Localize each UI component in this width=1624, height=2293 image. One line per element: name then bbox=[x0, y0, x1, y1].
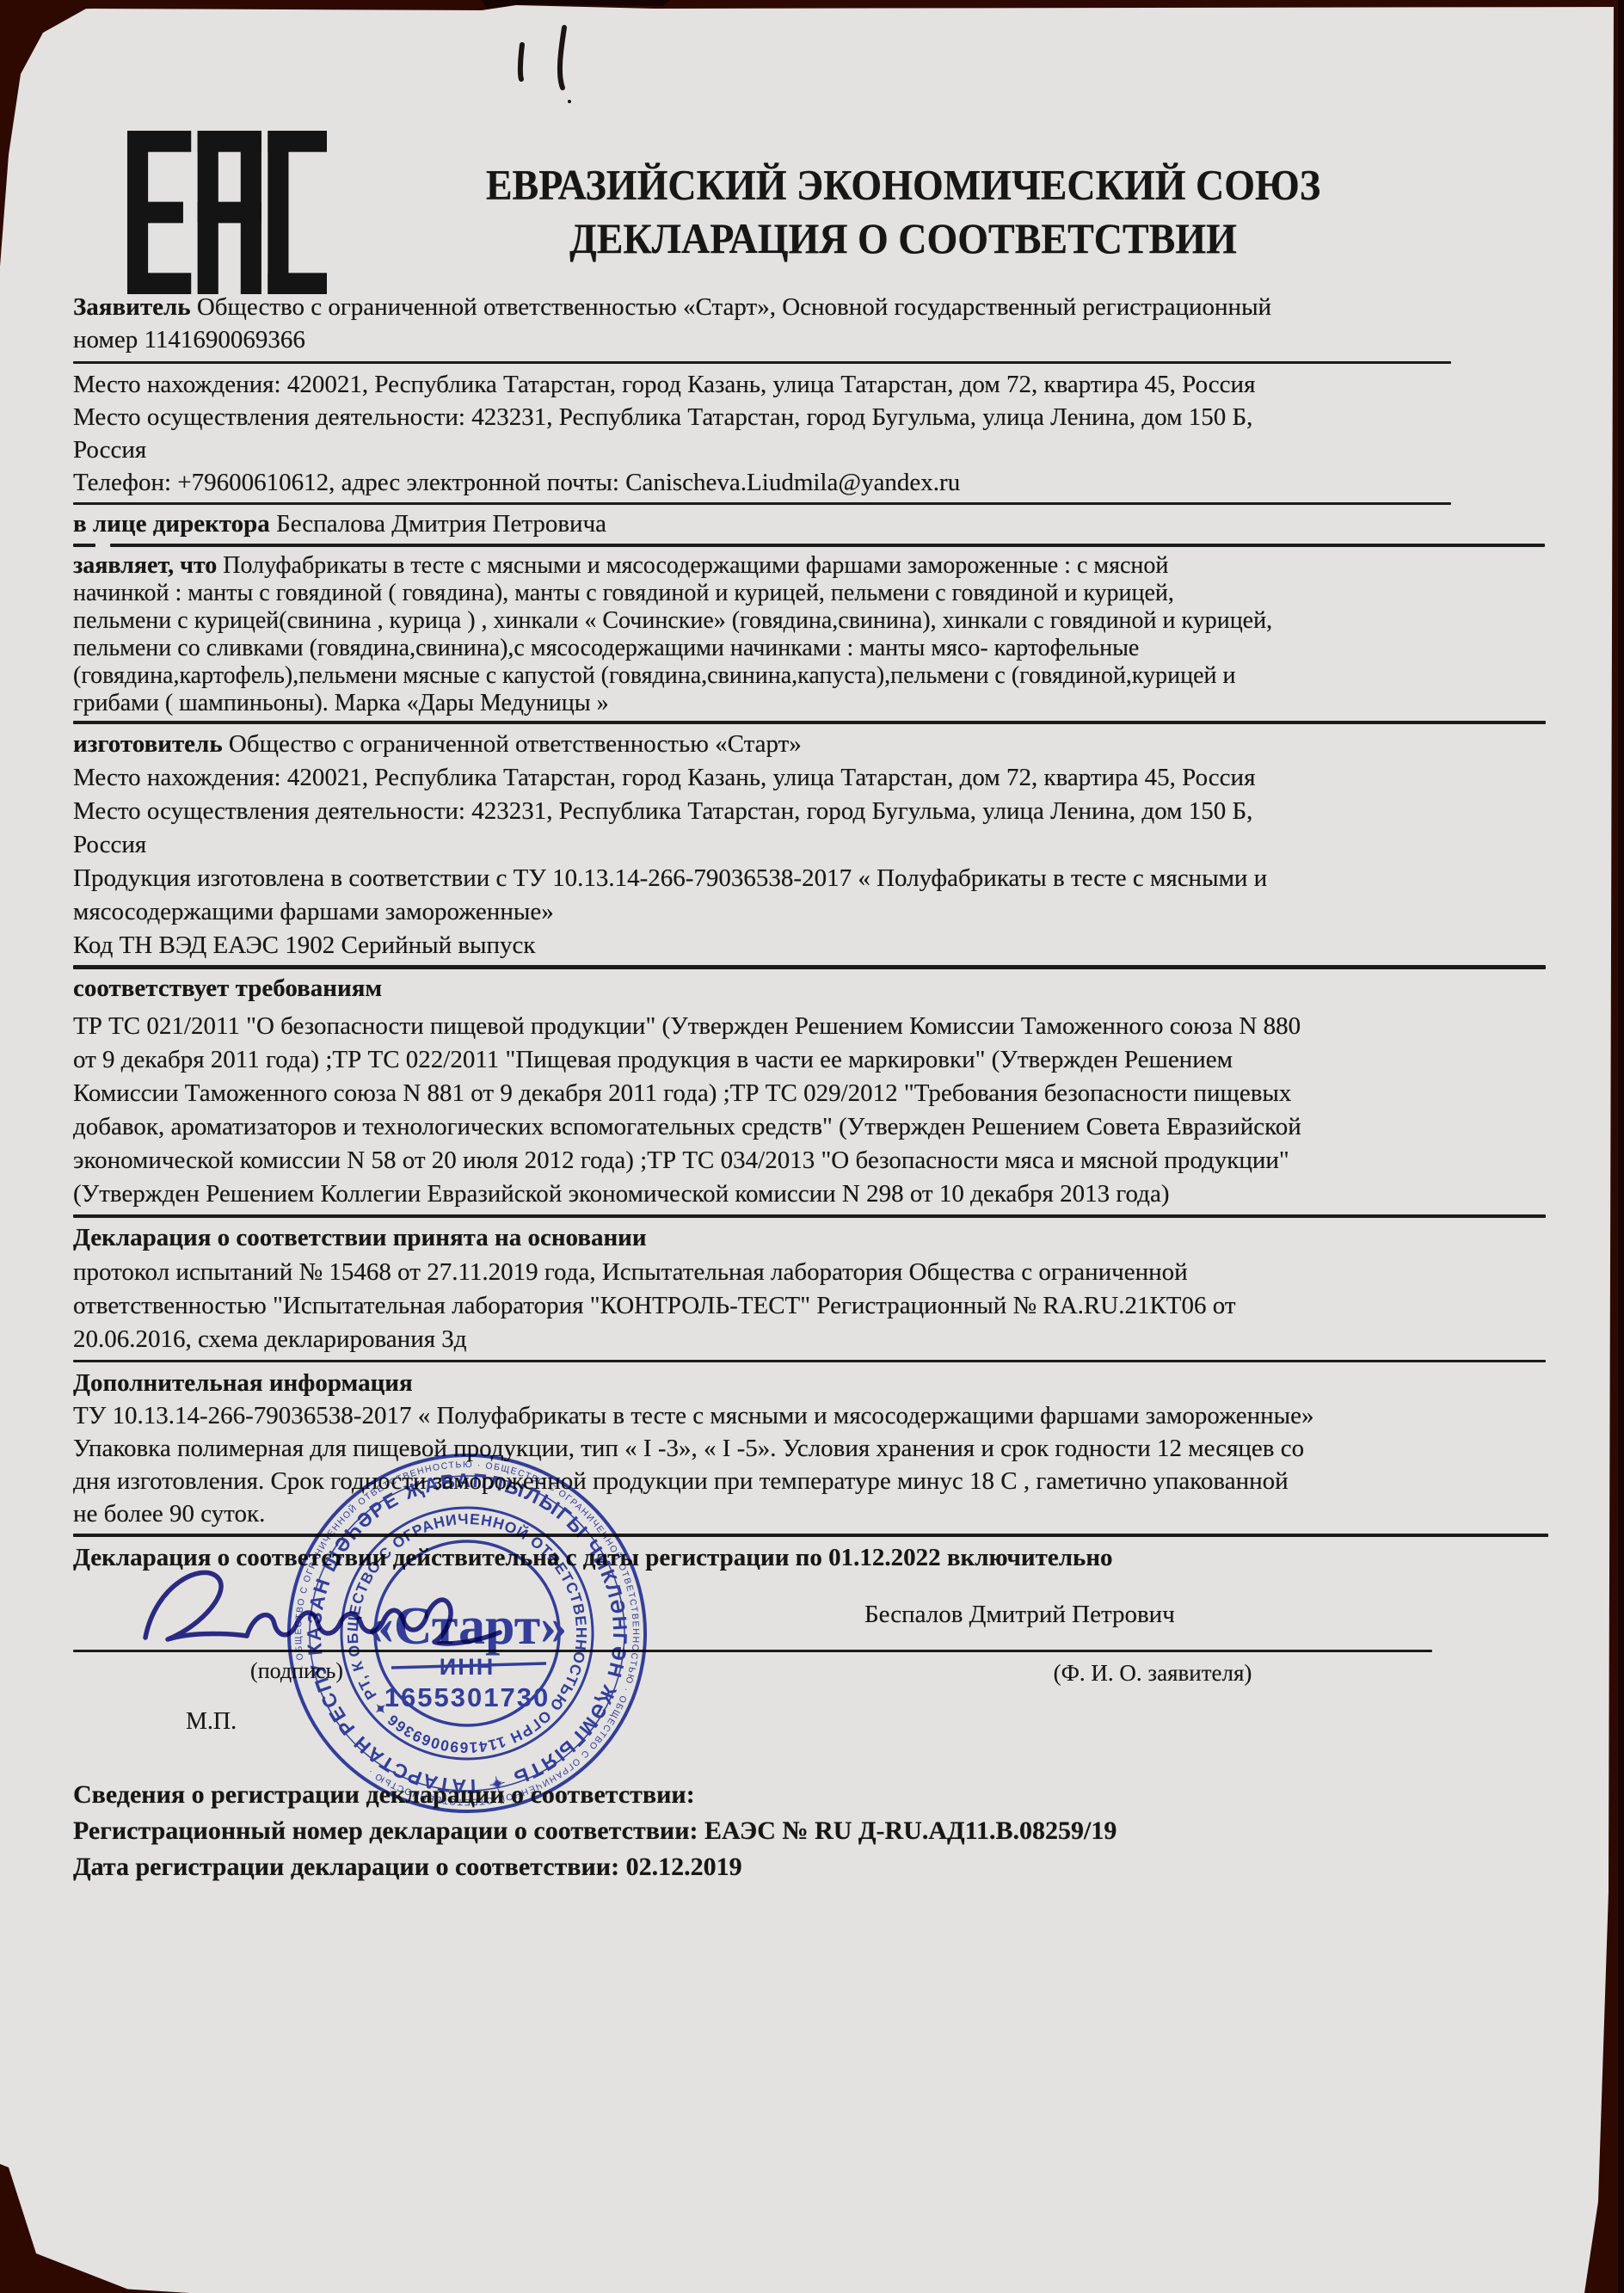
document-title: ЕВРАЗИЙСКИЙ ЭКОНОМИЧЕСКИЙ СОЮЗ ДЕКЛАРАЦИ… bbox=[258, 158, 1548, 266]
applicant-paragraph: Заявитель Общество с ограниченной ответс… bbox=[73, 291, 1546, 356]
rule-under-basis bbox=[73, 1360, 1546, 1362]
manufacturer-location: Место нахождения: 420021, Республика Тат… bbox=[73, 761, 1546, 795]
rule-under-compliance bbox=[73, 1214, 1546, 1218]
applicant-address-block: Место нахождения: 420021, Республика Тат… bbox=[73, 368, 1546, 499]
applicant-contacts: Телефон: +79600610612, адрес электронной… bbox=[73, 466, 1546, 499]
stamp-inn-label: ИНН bbox=[440, 1654, 495, 1680]
registration-block: Сведения о регистрации декларации о соот… bbox=[73, 1777, 1546, 1884]
product-paragraph: заявляет, что Полуфабрикаты в тесте с мя… bbox=[73, 552, 1546, 717]
product-text: Полуфабрикаты в тесте с мясными и мясосо… bbox=[73, 552, 1272, 716]
manufacturer-name: Общество с ограниченной ответственностью… bbox=[229, 730, 802, 758]
rule-under-product bbox=[73, 721, 1546, 724]
title-line-declaration: ДЕКЛАРАЦИЯ О СООТВЕТСТВИИ bbox=[258, 212, 1548, 267]
rule-dash-director bbox=[73, 544, 95, 547]
applicant-text: Общество с ограниченной ответственностью… bbox=[73, 293, 1271, 353]
director-label: в лице директора bbox=[73, 510, 270, 538]
applicant-full-name: Беспалов Дмитрий Петрович bbox=[864, 1598, 1518, 1631]
stamp-company-name: «Старт» bbox=[367, 1597, 567, 1656]
compliance-text: ТР ТС 021/2011 "О безопасности пищевой п… bbox=[73, 1010, 1546, 1211]
registration-heading: Сведения о регистрации декларации о соот… bbox=[73, 1777, 1546, 1812]
registration-number-line: Регистрационный номер декларации о соотв… bbox=[73, 1813, 1546, 1848]
applicant-activity-location: Место осуществления деятельности: 423231… bbox=[73, 401, 1546, 466]
rule-under-manufacturer bbox=[73, 965, 1546, 969]
tnved-code-line: Код ТН ВЭД ЕАЭС 1902 Серийный выпуск bbox=[73, 929, 1546, 962]
name-caption: (Ф. И. О. заявителя) bbox=[989, 1660, 1316, 1687]
stamp-inn-value: 1655301730 bbox=[384, 1682, 550, 1712]
rule-under-director bbox=[110, 544, 1545, 547]
company-round-stamp: · ОБЩЕСТВО С ОГРАНИЧЕННОЙ ОТВЕТСТВЕННОСТ… bbox=[284, 1450, 650, 1817]
manufacturer-line: изготовитель Общество с ограниченной отв… bbox=[73, 728, 1546, 761]
basis-text: протокол испытаний № 15468 от 27.11.2019… bbox=[73, 1256, 1546, 1356]
declaration-document: ЕВРАЗИЙСКИЙ ЭКОНОМИЧЕСКИЙ СОЮЗ ДЕКЛАРАЦИ… bbox=[0, 0, 1624, 2293]
manufacturer-activity-location: Место осуществления деятельности: 423231… bbox=[73, 795, 1546, 862]
pen-strokes bbox=[499, 17, 602, 112]
applicant-location: Место нахождения: 420021, Республика Тат… bbox=[73, 368, 1546, 401]
rule-under-applicant bbox=[73, 361, 1451, 364]
manufacturer-tu: Продукция изготовлена в соответствии с Т… bbox=[73, 862, 1546, 929]
compliance-heading: соответствует требованиям bbox=[73, 972, 1546, 1005]
director-line: в лице директора Беспалова Дмитрия Петро… bbox=[73, 507, 1546, 540]
manufacturer-label: изготовитель bbox=[73, 730, 223, 758]
title-line-union: ЕВРАЗИЙСКИЙ ЭКОНОМИЧЕСКИЙ СОЮЗ bbox=[258, 158, 1548, 212]
director-name: Беспалова Дмитрия Петровича bbox=[276, 510, 606, 538]
declares-label: заявляет, что bbox=[73, 552, 217, 579]
basis-heading: Декларация о соответствии принята на осн… bbox=[73, 1221, 1546, 1254]
seal-place-label: М.П. bbox=[186, 1708, 280, 1736]
additional-heading: Дополнительная информация bbox=[73, 1367, 1546, 1399]
applicant-label: Заявитель bbox=[73, 293, 191, 321]
registration-date-line: Дата регистрации декларации о соответств… bbox=[73, 1849, 1546, 1884]
manufacturer-block: изготовитель Общество с ограниченной отв… bbox=[73, 728, 1546, 962]
rule-under-contacts bbox=[73, 502, 1451, 505]
